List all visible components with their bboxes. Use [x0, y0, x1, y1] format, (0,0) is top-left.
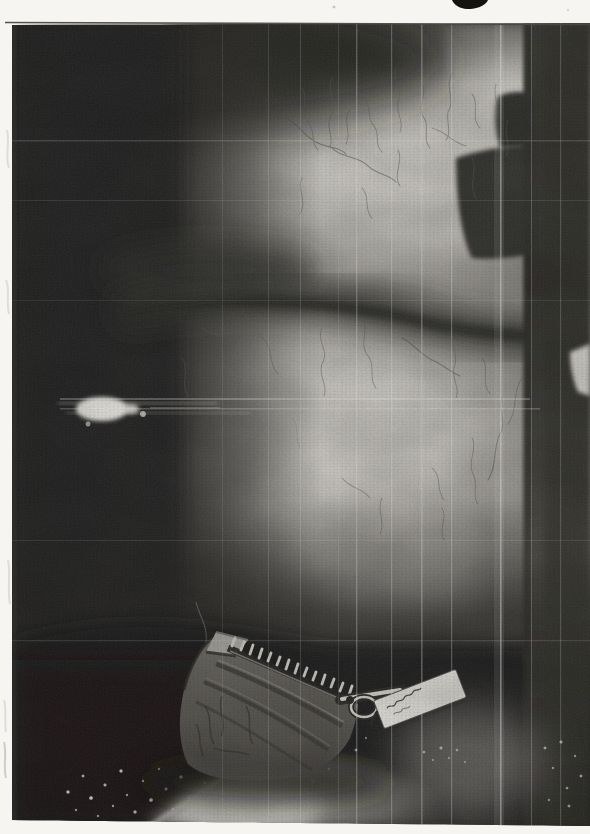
margin-speck: [567, 9, 569, 11]
photograph: [0, 0, 590, 830]
grain-light: [12, 23, 590, 826]
margin-speck: [333, 6, 336, 9]
photo-left-edge: [12, 23, 16, 826]
photocopy-page: [0, 0, 590, 834]
photocopy-scan: [0, 0, 590, 834]
